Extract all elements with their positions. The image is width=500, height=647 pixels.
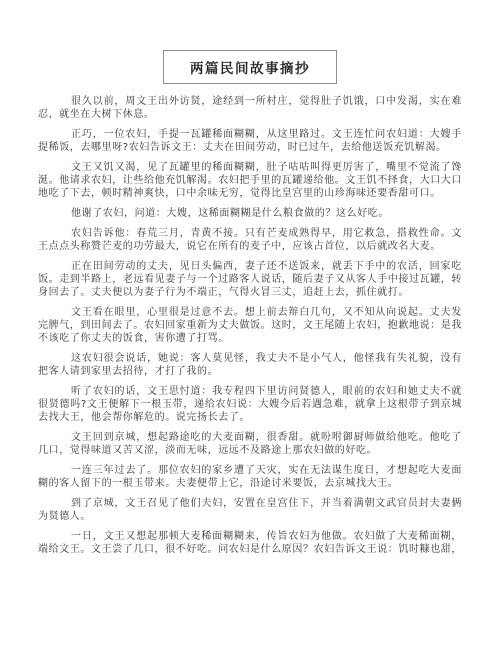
paragraph: 正在田间劳动的丈夫，见日头偏西，妻子还不送饭来，就丢下手中的农活，回家吃饭。走到… [38, 260, 462, 299]
title-row: 两篇民间故事摘抄 [38, 50, 462, 84]
paragraph: 听了农妇的话，文王思忖道：我专程四下里访问贤德人，眼前的农妇和她丈夫不就很贤德吗… [38, 385, 462, 424]
paragraph: 到了京城，文王召见了他们夫妇，安置在皇宫住下，并当着满朝文武官员封夫妻俩为贤德人… [38, 497, 462, 523]
paragraph: 他谢了农妇，问道：大嫂，这稀面糊糊是什么粮食做的？这么好吃。 [38, 207, 462, 220]
paragraph: 一连三年过去了。那位农妇的家乡遭了天灾，实在无法谋生度日，才想起吃大麦面糊的客人… [38, 464, 462, 490]
document-title: 两篇民间故事摘抄 [190, 57, 310, 77]
paragraph: 文王又饥又渴，见了瓦罐里的稀面糊糊，肚子咕咕叫得更厉害了，嘴里不觉流了馋涎。他请… [38, 161, 462, 200]
paragraph: 文王回到京城，想起路途吃的大麦面糊，很香甜。就吩咐御厨师做给他吃。他吃了几口，觉… [38, 431, 462, 457]
paragraph: 文王看在眼里，心里很是过意不去。想上前去辩白几句，又不知从向说起。丈夫发完脾气，… [38, 306, 462, 345]
paragraph: 农妇告诉他：春荒三月，青黄不接。只有芒麦成熟得早，用它救急，搭救性命。文王点点头… [38, 227, 462, 253]
document-page: 两篇民间故事摘抄 很久以前，周文王出外访贤，途经到一所村庄，觉得肚子饥饿，口中发… [0, 0, 500, 647]
document-title-box: 两篇民间故事摘抄 [163, 50, 337, 84]
paragraph: 一日，文王又想起那顿大麦稀面糊糊来，传旨农妇为他做。农妇做了大麦稀面糊，端给文王… [38, 530, 462, 556]
paragraph: 正巧，一位农妇，手提一瓦罐稀面糊糊，从这里路过。文王连忙问农妇道：大嫂手提稀饭，… [38, 128, 462, 154]
document-body: 很久以前，周文王出外访贤，途经到一所村庄，觉得肚子饥饿，口中发渴，实在难忍，就坐… [38, 95, 462, 556]
paragraph: 这农妇很会说话，她说：客人莫见怪，我丈夫不是小气人，他怪我有失礼貌，没有把客人请… [38, 352, 462, 378]
paragraph: 很久以前，周文王出外访贤，途经到一所村庄，觉得肚子饥饿，口中发渴，实在难忍，就坐… [38, 95, 462, 121]
